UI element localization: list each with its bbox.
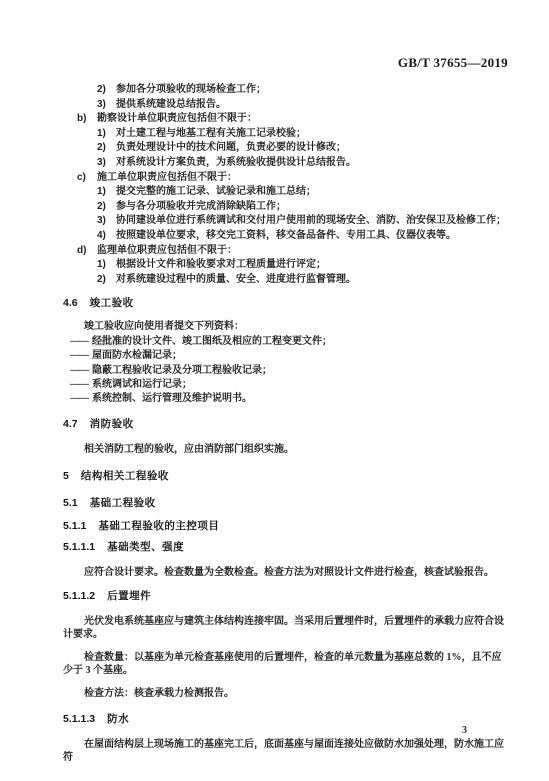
list-group-text: 施工单位职责应包括但不限于： [97, 171, 508, 186]
list-group-marker: b) [77, 112, 97, 127]
section-5-1-1-2-paragraph-2: 检查数量：以基座为单元检查基座使用的后置埋件，检查的单元数量为基座总数的 1%，… [63, 651, 508, 677]
list-item-text: 参与各分项验收并完成消除缺陷工作； [116, 200, 508, 215]
list-item: 2) 对系统建设过程中的质量、安全、进度进行监督管理。 [63, 273, 508, 288]
dash-item-text: 隐蔽工程验收记录及分项工程验收记录； [92, 365, 272, 376]
list-item-text: 参加各分项验收的现场检查工作； [116, 83, 508, 98]
list-item-marker: 3) [97, 98, 116, 113]
dash-item-text: 系统调试和运行记录； [92, 379, 192, 390]
section-5-1-1-2-paragraph-3: 检查方法：核查承载力检测报告。 [63, 687, 508, 700]
dash-marker: —— [70, 379, 88, 390]
list-group-text: 监理单位职责应包括但不限于： [97, 244, 508, 259]
list-item-marker: 1) [97, 185, 116, 200]
section-title: 消防验收 [90, 418, 134, 430]
section-number: 5 [63, 469, 69, 483]
section-5-1-1-3-paragraph-1: 在屋面结构层上现场施工的基座完工后，底面基座与屋面连接处应做防水加强处理，防水施… [63, 738, 508, 764]
section-title: 基础工程验收的主控项目 [98, 520, 219, 532]
deliverables-dash-list: ——经批准的设计文件、竣工图纸及相应的工程变更文件； ——屋面防水检漏记录； —… [70, 335, 508, 407]
section-number: 4.7 [63, 417, 78, 431]
section-title: 基础工程验收 [90, 497, 156, 509]
list-item-marker: 2) [97, 273, 116, 288]
dash-item: ——隐蔽工程验收记录及分项工程验收记录； [70, 364, 508, 378]
list-item-marker: 2) [97, 141, 116, 156]
dash-marker: —— [70, 336, 88, 347]
dash-marker: —— [70, 350, 88, 361]
section-number: 5.1.1.3 [63, 712, 95, 726]
list-item-text: 提交完整的施工记录、试验记录和施工总结； [116, 185, 508, 200]
section-4-7-body: 相关消防工程的验收，应由消防部门组织实施。 [63, 443, 508, 456]
list-group-title: c) 施工单位职责应包括但不限于： [63, 171, 508, 186]
list-item-text: 对系统建设过程中的质量、安全、进度进行监督管理。 [116, 273, 508, 288]
document-page: GB/T 37655—2019 2) 参加各分项验收的现场检查工作； 3) 提供… [0, 0, 549, 781]
responsibility-clause-list: 2) 参加各分项验收的现场检查工作； 3) 提供系统建设总结报告。 b) 勘察设… [63, 83, 508, 287]
section-number: 4.6 [63, 296, 78, 310]
section-title: 防水 [107, 713, 129, 725]
section-title: 后置埋件 [107, 590, 151, 602]
section-heading-4-7: 4.7消防验收 [63, 417, 508, 431]
list-item: 4) 按照建设单位要求，移交完工资料，移交备品备件、专用工具、仪器仪表等。 [63, 229, 508, 244]
list-item-text: 提供系统建设总结报告。 [116, 98, 508, 113]
list-item: 2) 参加各分项验收的现场检查工作； [63, 83, 508, 98]
section-heading-5-1-1-1: 5.1.1.1基础类型、强度 [63, 540, 508, 554]
list-item: 2) 参与各分项验收并完成消除缺陷工作； [63, 200, 508, 215]
list-item-marker: 2) [97, 200, 116, 215]
page-number: 3 [462, 725, 467, 736]
dash-marker: —— [70, 365, 88, 376]
list-item-marker: 4) [97, 229, 116, 244]
dash-item-text: 屋面防水检漏记录； [92, 350, 182, 361]
dash-marker: —— [70, 393, 88, 404]
dash-item: ——屋面防水检漏记录； [70, 349, 508, 363]
dash-item-text: 的设计文件、竣工图纸及相应的工程变更文件； [122, 336, 332, 347]
section-heading-5-1-1: 5.1.1基础工程验收的主控项目 [63, 519, 508, 533]
list-item: 3) 协同建设单位进行系统调试和交付用户使用前的现场安全、消防、治安保卫及检修工… [63, 214, 508, 229]
section-heading-5-1-1-3: 5.1.1.3防水 [63, 712, 508, 726]
list-group-title: b) 勘察设计单位职责应包括但不限于： [63, 112, 508, 127]
dash-item: ——经批准的设计文件、竣工图纸及相应的工程变更文件； [70, 335, 508, 349]
list-group-title: d) 监理单位职责应包括但不限于： [63, 244, 508, 259]
list-item-marker: 3) [97, 214, 116, 229]
list-item-text: 根据设计文件和验收要求对工程质量进行评定； [116, 258, 508, 273]
list-item-marker: 1) [97, 127, 116, 142]
list-item-text: 协同建设单位进行系统调试和交付用户使用前的现场安全、消防、治安保卫及检修工作； [116, 214, 508, 229]
list-group-marker: c) [77, 171, 97, 186]
section-heading-5: 5结构相关工程验收 [63, 469, 508, 483]
list-group-text: 勘察设计单位职责应包括但不限于： [97, 112, 508, 127]
section-5-1-1-1-body: 应符合设计要求。检查数量为全数检查。检查方法为对照设计文件进行检查，核查试验报告… [63, 566, 508, 579]
list-item: 2) 负责处理设计中的技术问题，负责必要的设计修改； [63, 141, 508, 156]
dash-item: ——系统控制、运行管理及维护说明书。 [70, 392, 508, 406]
section-heading-5-1-1-2: 5.1.1.2后置埋件 [63, 589, 508, 603]
list-item: 1) 提交完整的施工记录、试验记录和施工总结； [63, 185, 508, 200]
list-item-marker: 3) [97, 156, 116, 171]
list-item: 3) 提供系统建设总结报告。 [63, 98, 508, 113]
section-number: 5.1 [63, 496, 78, 510]
section-number: 5.1.1.1 [63, 540, 95, 554]
dash-item-text: 系统控制、运行管理及维护说明书。 [92, 393, 252, 404]
section-title: 结构相关工程验收 [81, 470, 169, 482]
section-title: 基础类型、强度 [107, 541, 184, 553]
section-4-6-intro: 竣工验收应向使用者提交下列资料： [63, 320, 508, 334]
list-item-text: 负责处理设计中的技术问题，负责必要的设计修改； [116, 141, 508, 156]
list-item: 1) 根据设计文件和验收要求对工程质量进行评定； [63, 258, 508, 273]
list-item: 3) 对系统设计方案负责，为系统验收提供设计总结报告。 [63, 156, 508, 171]
section-heading-5-1: 5.1基础工程验收 [63, 496, 508, 510]
section-heading-4-6: 4.6竣工验收 [63, 296, 508, 310]
section-number: 5.1.1 [63, 519, 86, 533]
list-item-text: 按照建设单位要求，移交完工资料，移交备品备件、专用工具、仪器仪表等。 [116, 229, 508, 244]
list-item-text: 对土建工程与地基工程有关施工记录校验； [116, 127, 508, 142]
standard-number: GB/T 37655—2019 [63, 56, 508, 70]
list-item-marker: 1) [97, 258, 116, 273]
list-group-marker: d) [77, 244, 97, 259]
dash-item: ——系统调试和运行记录； [70, 378, 508, 392]
dash-item-highlight: 经批准 [92, 336, 122, 347]
section-5-1-1-2-paragraph-1: 光伏发电系统基座应与建筑主体结构连接牢固。当采用后置埋件时，后置埋件的承载力应符… [63, 615, 508, 641]
list-item: 1) 对土建工程与地基工程有关施工记录校验； [63, 127, 508, 142]
list-item-marker: 2) [97, 83, 116, 98]
section-number: 5.1.1.2 [63, 589, 95, 603]
list-item-text: 对系统设计方案负责，为系统验收提供设计总结报告。 [116, 156, 508, 171]
section-title: 竣工验收 [90, 297, 134, 309]
